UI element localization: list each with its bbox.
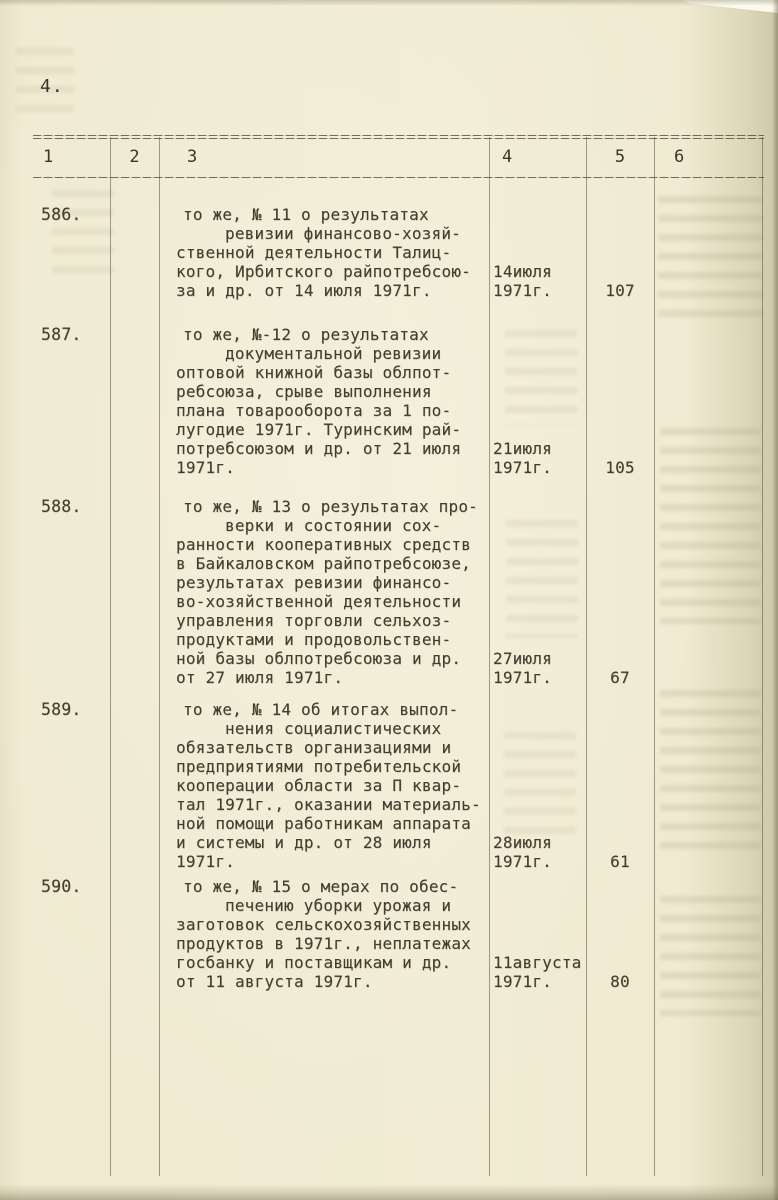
- column-header-5: 5: [586, 147, 654, 167]
- column-header-1: 1: [35, 147, 110, 167]
- entry-line: документальной ревизии: [159, 344, 490, 363]
- entry-line: результатах ревизии финансо-: [159, 573, 490, 592]
- entry-line: продуктов в 1971г., неплатежах: [159, 934, 490, 953]
- entry-empty-cell: [110, 325, 159, 477]
- entry-line: продуктами и продовольствен-: [159, 630, 490, 649]
- entry-line: ребсоюза, срыве выполнения: [159, 382, 490, 401]
- entry-line: ревизии финансово-хозяй-: [159, 224, 490, 243]
- entry-date: 14июля1971г.: [490, 205, 586, 300]
- table-row: 587. то же, №-12 о результатахдокументал…: [35, 325, 762, 477]
- entry-description: то же, № 14 об итогах выпол-нения социал…: [159, 700, 490, 871]
- entry-line: то же, № 13 о результатах про-: [159, 497, 490, 516]
- entry-line: то же, №-12 о результатах: [159, 325, 490, 344]
- entry-pagecount: 61: [610, 852, 630, 871]
- entry-empty-cell: [654, 325, 762, 477]
- entry-pagecount: 80: [610, 972, 630, 991]
- entry-line: обязательств организациями и: [159, 738, 490, 757]
- table-row: 586. то же, № 11 о результатахревизии фи…: [35, 205, 762, 300]
- entry-description: то же, №-12 о результатахдокументальной …: [159, 325, 490, 477]
- entry-pagecount-cell: 105: [586, 325, 654, 477]
- entry-date: 21июля1971г.: [490, 325, 586, 477]
- scan-edge-top: [0, 0, 778, 6]
- entry-line: в Байкаловском райпотребсоюзе,: [159, 554, 490, 573]
- scan-edge-right: [772, 0, 778, 1200]
- entry-number: 587.: [35, 325, 82, 344]
- entry-empty-cell: [654, 700, 762, 871]
- entry-number: 586.: [35, 205, 82, 224]
- entry-line: заготовок сельскохозяйственных: [159, 915, 490, 934]
- entry-line: тал 1971г., оказании материаль-: [159, 795, 490, 814]
- entry-number: 588.: [35, 497, 82, 516]
- table-row: 590. то же, № 15 о мерах по обес-печению…: [35, 877, 762, 991]
- entry-description: то же, № 13 о результатах про-верки и со…: [159, 497, 490, 687]
- entry-line: оптовой книжной базы облпот-: [159, 363, 490, 382]
- entry-number: 590.: [35, 877, 82, 896]
- entry-pagecount-cell: 107: [586, 205, 654, 300]
- entry-pagecount: 107: [605, 281, 635, 300]
- entry-empty-cell: [110, 700, 159, 871]
- entry-line: 1971г.: [159, 458, 490, 477]
- entry-empty-cell: [110, 877, 159, 991]
- entry-description: то же, № 15 о мерах по обес-печению убор…: [159, 877, 490, 991]
- entry-line: кого, Ирбитского райпотребсою-: [159, 262, 490, 281]
- entry-line: ранности кооперативных средств: [159, 535, 490, 554]
- scanned-document-page: 4. 1 2 3 4 5 6 586. то же, № 11 о резуль…: [0, 0, 778, 1200]
- entry-pagecount-cell: 80: [586, 877, 654, 991]
- entry-line: плана товарооборота за 1 по-: [159, 401, 490, 420]
- entry-date-line: 27июля: [493, 649, 586, 668]
- entry-empty-cell: [654, 205, 762, 300]
- entry-empty-cell: [654, 497, 762, 687]
- entry-line: от 27 июля 1971г.: [159, 668, 490, 687]
- entry-line: верки и состоянии сох-: [159, 516, 490, 535]
- entry-date-line: 1971г.: [493, 281, 586, 300]
- column-header-4: 4: [490, 147, 586, 167]
- entry-number-cell: 587.: [35, 325, 110, 477]
- entry-pagecount-cell: 67: [586, 497, 654, 687]
- entry-line: 1971г.: [159, 852, 490, 871]
- entry-date-line: 14июля: [493, 262, 586, 281]
- entry-date: 11августа1971г.: [490, 877, 586, 991]
- entry-line: и системы и др. от 28 июля: [159, 833, 490, 852]
- entry-line: то же, № 15 о мерах по обес-: [159, 877, 490, 896]
- entry-line: лугодие 1971г. Туринским рай-: [159, 420, 490, 439]
- entry-pagecount: 67: [610, 668, 630, 687]
- table-header-row: 1 2 3 4 5 6: [35, 147, 762, 167]
- entry-line: ной базы облпотребсоюза и др.: [159, 649, 490, 668]
- entry-number-cell: 590.: [35, 877, 110, 991]
- table-top-rule: [33, 135, 764, 136]
- entry-number: 589.: [35, 700, 82, 719]
- entry-line: предприятиями потребительской: [159, 757, 490, 776]
- entry-number-cell: 589.: [35, 700, 110, 871]
- column-header-6: 6: [654, 147, 762, 167]
- entry-empty-cell: [110, 205, 159, 300]
- entry-number-cell: 586.: [35, 205, 110, 300]
- entry-pagecount-cell: 61: [586, 700, 654, 871]
- entry-line: кооперации области за П квар-: [159, 776, 490, 795]
- page-number: 4.: [40, 76, 64, 97]
- entry-empty-cell: [110, 497, 159, 687]
- entry-line: печению уборки урожая и: [159, 896, 490, 915]
- entry-line: то же, № 14 об итогах выпол-: [159, 700, 490, 719]
- entry-line: ной помощи работникам аппарата: [159, 814, 490, 833]
- entry-date-line: 11августа: [493, 953, 586, 972]
- entry-date-line: 1971г.: [493, 972, 586, 991]
- entry-line: от 11 августа 1971г.: [159, 972, 490, 991]
- entry-date-line: 28июля: [493, 833, 586, 852]
- entry-number-cell: 588.: [35, 497, 110, 687]
- entry-line: госбанку и поставщикам и др.: [159, 953, 490, 972]
- column-header-3: 3: [159, 147, 490, 167]
- entry-line: за и др. от 14 июля 1971г.: [159, 281, 490, 300]
- entry-line: потребсоюзом и др. от 21 июля: [159, 439, 490, 458]
- entry-date-line: 1971г.: [493, 458, 586, 477]
- entry-pagecount: 105: [605, 458, 635, 477]
- entry-date-line: 1971г.: [493, 668, 586, 687]
- scan-edge-bottom: [0, 1184, 778, 1200]
- entry-description: то же, № 11 о результатахревизии финансо…: [159, 205, 490, 300]
- entry-date-line: 1971г.: [493, 852, 586, 871]
- table-row: 589. то же, № 14 об итогах выпол-нения с…: [35, 700, 762, 871]
- entry-line: нения социалистических: [159, 719, 490, 738]
- entry-line: управления торговли сельхоз-: [159, 611, 490, 630]
- entry-date: 28июля1971г.: [490, 700, 586, 871]
- entry-line: то же, № 11 о результатах: [159, 205, 490, 224]
- entry-line: ственной деятельности Талиц-: [159, 243, 490, 262]
- column-header-2: 2: [110, 147, 159, 167]
- entry-empty-cell: [654, 877, 762, 991]
- entry-date-line: 21июля: [493, 439, 586, 458]
- table-row: 588. то же, № 13 о результатах про-верки…: [35, 497, 762, 687]
- entry-date: 27июля1971г.: [490, 497, 586, 687]
- table-right-border: [762, 137, 763, 1176]
- entry-line: во-хозяйственной деятельности: [159, 592, 490, 611]
